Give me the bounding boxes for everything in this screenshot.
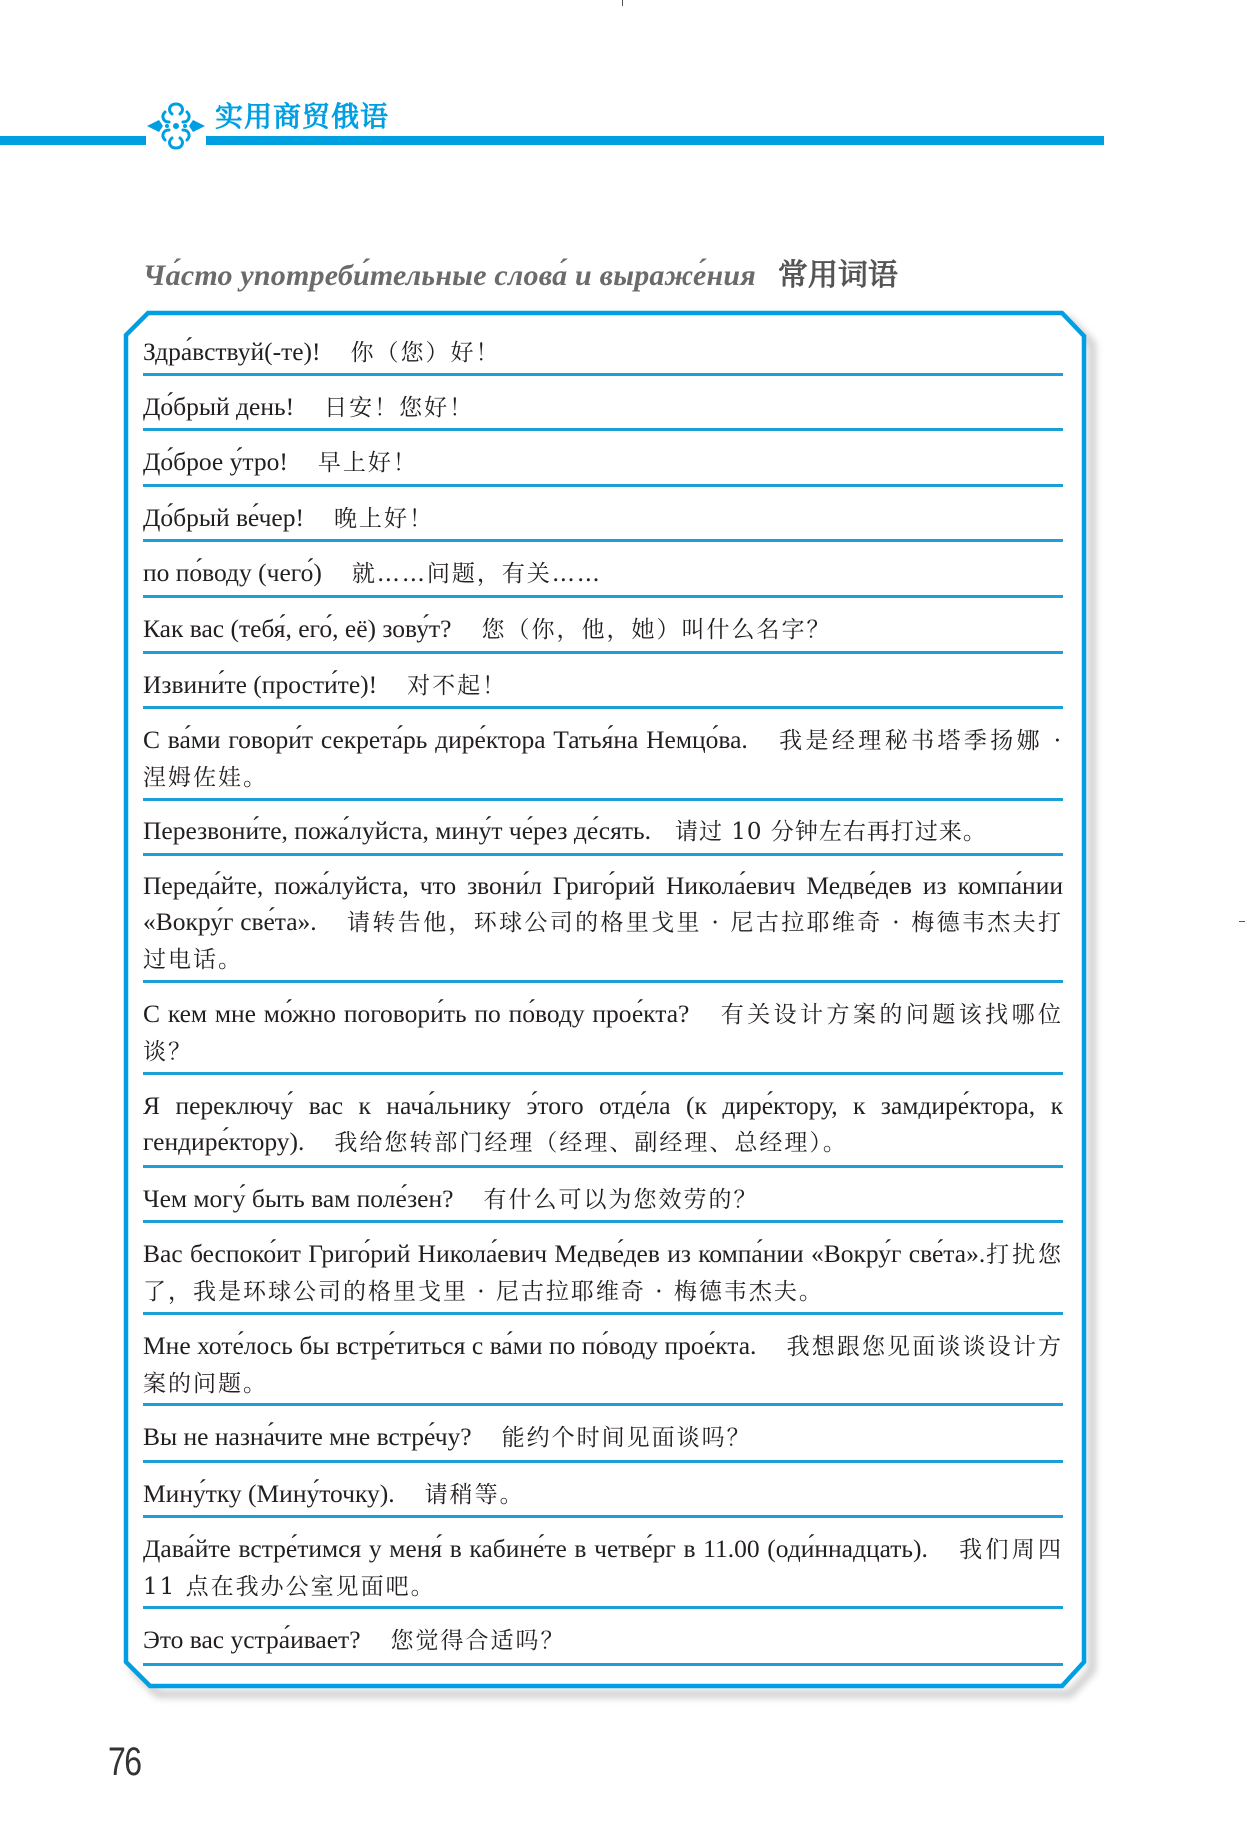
phrase-zh: 你（您）好！ xyxy=(351,340,501,366)
phrase-ru: С кем мне мо́жно поговори́ть по по́воду … xyxy=(143,999,689,1028)
row-divider xyxy=(143,539,1063,542)
phrase-ru: Здра́вствуй(-те)! xyxy=(143,337,321,366)
phrase-zh: 晚上好！ xyxy=(334,506,434,532)
phrase-row: Я переключу́ вас к нача́льнику э́того от… xyxy=(143,1088,1063,1161)
row-divider xyxy=(143,1403,1063,1406)
section-heading: Ча́сто употреби́тельные слова́ и выраже́… xyxy=(143,256,898,296)
row-divider xyxy=(143,1515,1063,1518)
header-rule-left xyxy=(0,136,146,145)
phrase-row: Извини́те (прости́те)!对不起！ xyxy=(143,667,1063,704)
phrase-ru: Мину́тку (Мину́точку). xyxy=(143,1479,395,1508)
phrase-ru: До́брый ве́чер! xyxy=(143,503,304,532)
row-divider xyxy=(143,1606,1063,1609)
phrase-zh: 早上好！ xyxy=(318,450,418,476)
phrase-ru: Как вас (тебя́, его́, её) зову́т? xyxy=(143,614,451,643)
section-title-zh: 常用词语 xyxy=(778,258,898,293)
phrase-ru: Это вас устра́ивает? xyxy=(143,1625,361,1654)
phrase-row: Перезвони́те, пожа́луйста, мину́т че́рез… xyxy=(143,813,1063,850)
phrase-row: Как вас (тебя́, его́, её) зову́т?您（你，他，她… xyxy=(143,611,1063,648)
phrase-row: До́брый ве́чер!晚上好！ xyxy=(143,500,1063,537)
phrase-row: С ва́ми говори́т секрета́рь дире́ктора Т… xyxy=(143,722,1063,796)
phrase-row: Вы не назна́чите мне встре́чу?能约个时间见面谈吗？ xyxy=(143,1419,1063,1456)
row-divider xyxy=(143,373,1063,376)
phrase-row: До́брое у́тро!早上好！ xyxy=(143,444,1063,481)
phrase-ru: Извини́те (прости́те)! xyxy=(143,670,377,699)
phrase-zh: 请稍等。 xyxy=(425,1482,525,1508)
snowflake-ornament-icon xyxy=(145,100,207,152)
phrase-ru: Вас беспоко́ит Григо́рий Никола́евич Мед… xyxy=(143,1239,985,1268)
row-divider xyxy=(143,428,1063,431)
row-divider xyxy=(143,484,1063,487)
phrase-zh: 我给您转部门经理（经理、副经理、总经理）。 xyxy=(334,1130,848,1156)
phrase-zh: 您（你，他，她）叫什么名字？ xyxy=(481,617,831,643)
book-title: 实用商贸俄语 xyxy=(215,99,389,135)
phrase-row: Это вас устра́ивает?您觉得合适吗？ xyxy=(143,1622,1063,1659)
phrase-row: Мне хоте́лось бы встре́титься с ва́ми по… xyxy=(143,1328,1063,1402)
phrase-zh: 对不起！ xyxy=(407,673,507,699)
row-divider xyxy=(143,980,1063,983)
row-divider xyxy=(143,1072,1063,1075)
phrase-ru: Вы не назна́чите мне встре́чу? xyxy=(143,1422,472,1451)
phrase-row: До́брый день!日安！您好！ xyxy=(143,389,1063,426)
phrase-row: С кем мне мо́жно поговори́ть по по́воду … xyxy=(143,996,1063,1070)
crop-mark-right xyxy=(1239,921,1245,922)
phrase-zh: 日安！您好！ xyxy=(324,395,474,421)
header-rule-right xyxy=(206,136,1104,145)
phrase-ru: С ва́ми говори́т секрета́рь дире́ктора Т… xyxy=(143,725,748,754)
row-divider xyxy=(143,1663,1063,1666)
row-divider xyxy=(143,1460,1063,1463)
phrase-row: по по́воду (чего́)就……问题，有关…… xyxy=(143,555,1063,592)
phrase-row: Переда́йте, пожа́луйста, что звони́л Гри… xyxy=(143,868,1063,978)
row-divider xyxy=(143,595,1063,598)
row-divider xyxy=(143,798,1063,801)
phrase-row: Мину́тку (Мину́точку).请稍等。 xyxy=(143,1476,1063,1513)
page-number: 76 xyxy=(108,1740,140,1785)
phrase-zh: 您觉得合适吗？ xyxy=(391,1628,566,1654)
phrase-ru: Чем могу́ быть вам поле́зен? xyxy=(143,1184,453,1213)
phrase-row: Дава́йте встре́тимся у меня́ в кабине́те… xyxy=(143,1531,1063,1605)
crop-mark-top xyxy=(622,0,623,6)
phrase-row: Здра́вствуй(-те)!你（您）好！ xyxy=(143,334,1063,371)
phrase-ru: Дава́йте встре́тимся у меня́ в кабине́те… xyxy=(143,1534,928,1563)
phrase-zh: 请过 10 分钟左右再打过来。 xyxy=(675,819,987,845)
phrase-zh: 有什么可以为您效劳的？ xyxy=(483,1187,758,1213)
row-divider xyxy=(143,1312,1063,1315)
row-divider xyxy=(143,651,1063,654)
row-divider xyxy=(143,1165,1063,1168)
phrase-zh: 能约个时间见面谈吗？ xyxy=(502,1425,752,1451)
row-divider xyxy=(143,706,1063,709)
phrase-zh: 就……问题，有关…… xyxy=(352,561,602,587)
phrase-ru: До́брое у́тро! xyxy=(143,447,288,476)
phrase-row: Чем могу́ быть вам поле́зен?有什么可以为您效劳的？ xyxy=(143,1181,1063,1218)
phrase-ru: До́брый день! xyxy=(143,392,294,421)
phrase-ru: Мне хоте́лось бы встре́титься с ва́ми по… xyxy=(143,1331,756,1360)
section-title-ru: Ча́сто употреби́тельные слова́ и выраже́… xyxy=(143,259,756,292)
phrase-row: Вас беспоко́ит Григо́рий Никола́евич Мед… xyxy=(143,1236,1063,1310)
phrase-ru: Перезвони́те, пожа́луйста, мину́т че́рез… xyxy=(143,816,651,845)
phrase-ru: по по́воду (чего́) xyxy=(143,558,322,587)
row-divider xyxy=(143,1220,1063,1223)
row-divider xyxy=(143,853,1063,856)
